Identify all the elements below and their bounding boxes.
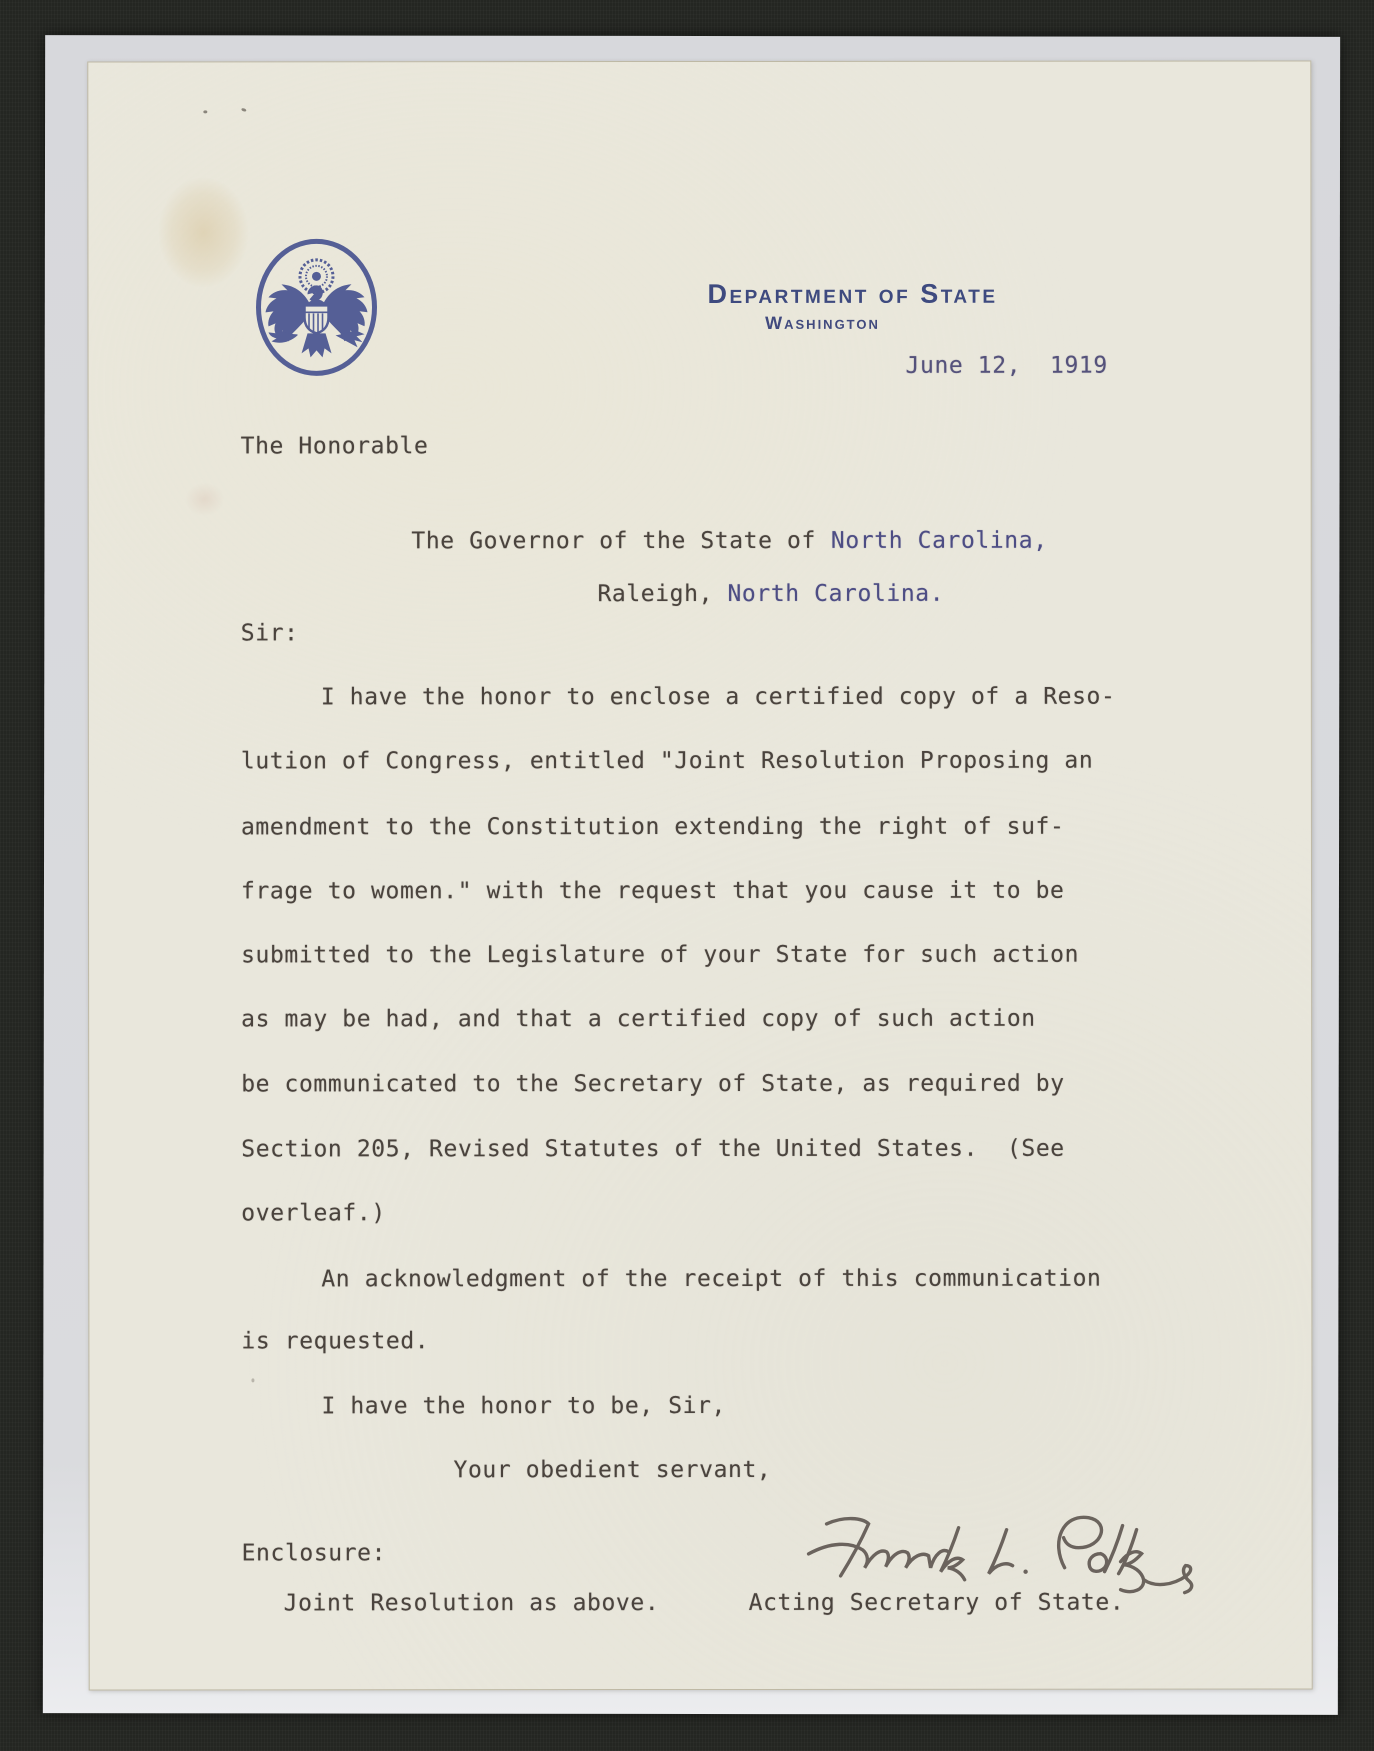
body-line: An acknowledgment of the receipt of this… (321, 1264, 1101, 1295)
body-line: amendment to the Constitution extending … (241, 812, 1065, 843)
recipient-honorific: The Honorable (241, 431, 429, 461)
paper-speck (203, 110, 207, 113)
scan-background: Department of State Washington June 12, … (0, 0, 1374, 1751)
recipient-city-prefix: Raleigh, (597, 581, 727, 607)
body-line: I have the honor to enclose a certified … (321, 682, 1116, 713)
great-seal-of-the-united-states-icon (252, 234, 380, 380)
enclosure-label: Enclosure: (242, 1538, 387, 1568)
body-line: lution of Congress, entitled "Joint Reso… (241, 746, 1093, 777)
body-line: Section 205, Revised Statutes of the Uni… (241, 1134, 1065, 1165)
salutation: Sir: (241, 618, 299, 648)
body-line: be communicated to the Secretary of Stat… (241, 1069, 1065, 1100)
recipient-city-state: North Carolina. (727, 581, 944, 607)
body-line: submitted to the Legislature of your Sta… (241, 940, 1079, 971)
recipient-city-line: Raleigh, North Carolina. (511, 549, 945, 639)
paper-stain (185, 482, 225, 516)
letterhead-city: Washington (623, 313, 1023, 334)
paper-stain (158, 177, 248, 287)
enclosure-item: Joint Resolution as above. (284, 1588, 660, 1618)
paper-speck (241, 108, 247, 113)
letter-page: Department of State Washington June 12, … (87, 60, 1312, 1690)
closing-line: Your obedient servant, (454, 1455, 772, 1485)
body-line: as may be had, and that a certified copy… (241, 1004, 1036, 1035)
body-line: is requested. (241, 1326, 429, 1356)
body-line: frage to women." with the request that y… (241, 876, 1065, 907)
closing-line: I have the honor to be, Sir, (321, 1391, 726, 1421)
date-line: June 12, 1919 (906, 351, 1108, 381)
letterhead-department: Department of State (602, 279, 1102, 310)
signer-title: Acting Secretary of State. (749, 1588, 1125, 1618)
paper-speck (251, 1378, 254, 1382)
body-line: overleaf.) (241, 1198, 386, 1228)
